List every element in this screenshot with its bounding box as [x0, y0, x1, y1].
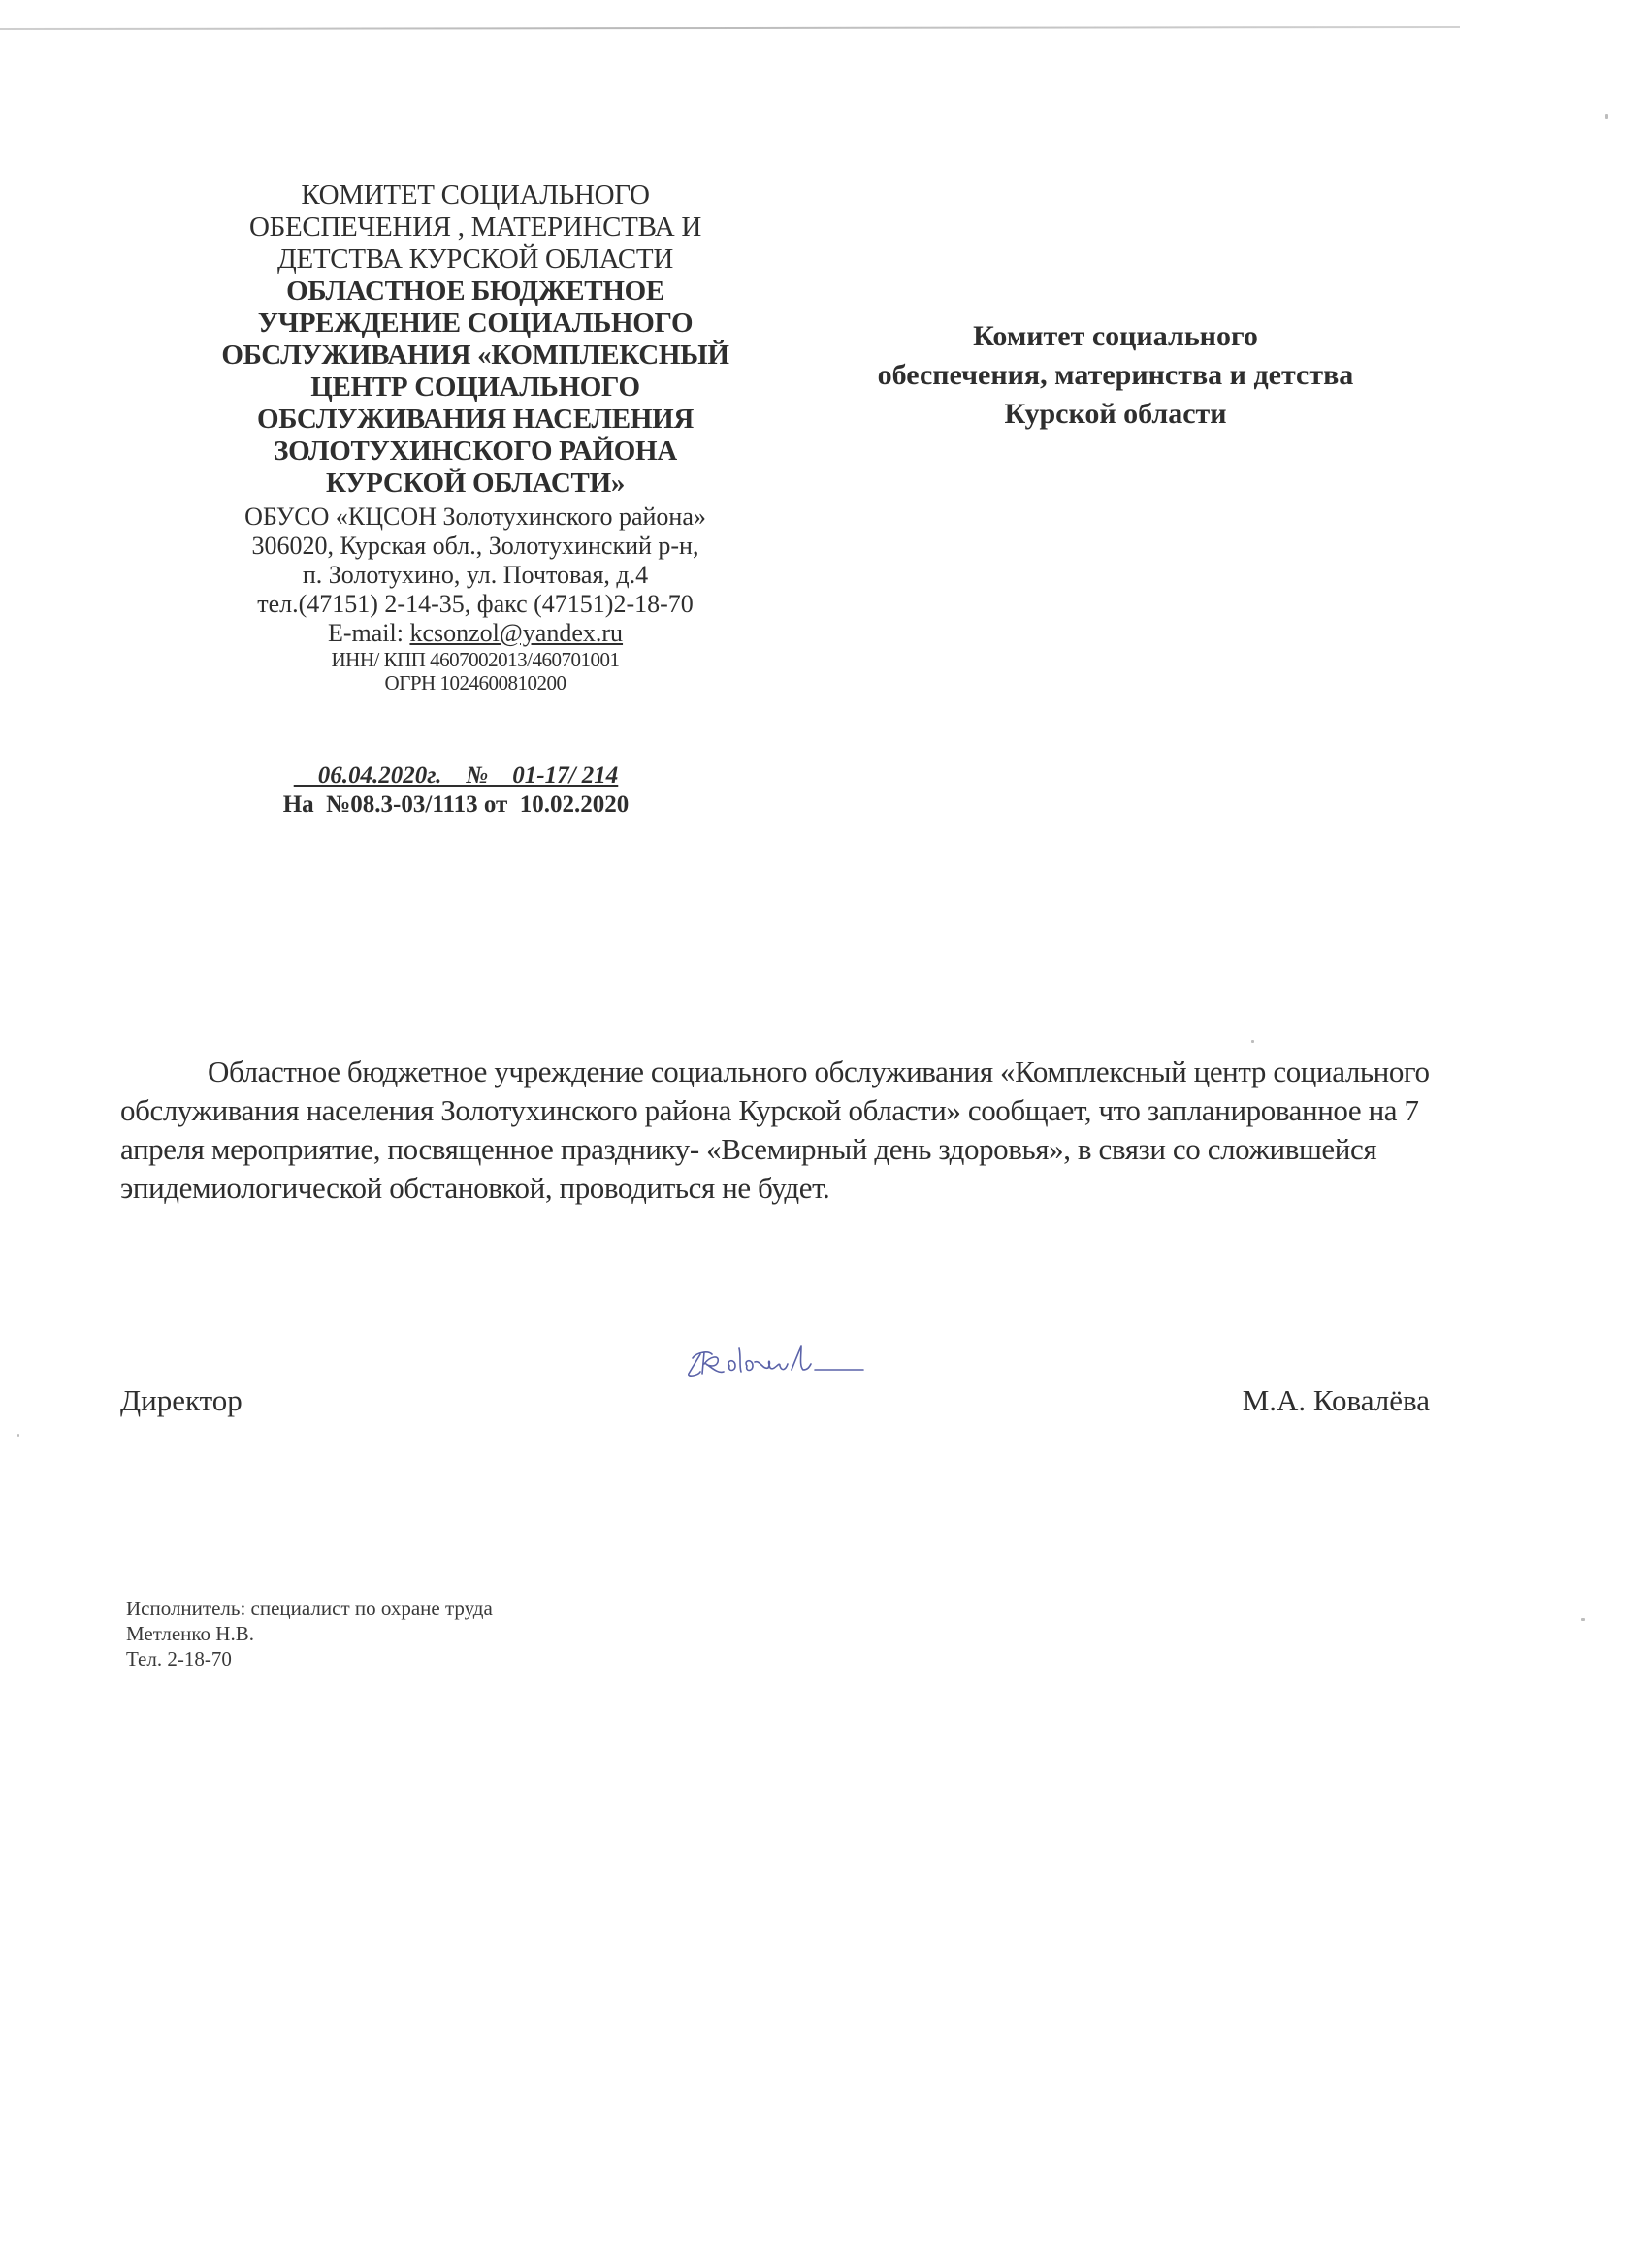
executor-phone: Тел. 2-18-70	[126, 1646, 493, 1671]
scan-edge-line	[0, 26, 1460, 30]
signatory-name: М.А. Ковалёва	[1243, 1381, 1430, 1420]
signature-block: Директор М.А. Ковалёва	[120, 1381, 1430, 1420]
organization-short-name: ОБУСО «КЦСОН Золотухинского района»	[175, 502, 776, 532]
executor-role: Исполнитель: специалист по охране труда	[126, 1596, 493, 1621]
registration-codes: ИНН/ КПП 4607002013/460701001 ОГРН 10246…	[175, 648, 776, 695]
handwritten-signature-icon	[679, 1331, 912, 1389]
ogrn: ОГРН 1024600810200	[175, 671, 776, 695]
address-line-2: п. Золотухино, ул. Почтовая, д.4	[175, 561, 776, 590]
signatory-position: Директор	[120, 1381, 242, 1420]
sender-letterhead: КОМИТЕТ СОЦИАЛЬНОГО ОБЕСПЕЧЕНИЯ , МАТЕРИ…	[175, 179, 776, 695]
executor-name: Метленко Н.В.	[126, 1621, 493, 1646]
email-label: E-mail:	[328, 619, 409, 647]
scan-speck	[17, 1434, 19, 1437]
body-paragraph: Областное бюджетное учреждение социально…	[120, 1053, 1439, 1208]
scan-speck	[1581, 1618, 1585, 1621]
letter-body: Областное бюджетное учреждение социально…	[120, 1053, 1439, 1208]
addressee: Комитет социального обеспечения, материн…	[815, 317, 1416, 434]
outgoing-date-number: 06.04.2020г. № 01-17/ 214	[294, 762, 619, 790]
address-line-1: 306020, Курская обл., Золотухинский р-н,	[175, 532, 776, 561]
scan-speck	[1605, 114, 1608, 119]
organization-full-name: ОБЛАСТНОЕ БЮДЖЕТНОЕ УЧРЕЖДЕНИЕ СОЦИАЛЬНО…	[175, 275, 776, 500]
parent-organization: КОМИТЕТ СОЦИАЛЬНОГО ОБЕСПЕЧЕНИЯ , МАТЕРИ…	[175, 179, 776, 275]
inn-kpp: ИНН/ КПП 4607002013/460701001	[175, 648, 776, 671]
email-link[interactable]: kcsonzol@yandex.ru	[409, 619, 623, 647]
reply-reference: На №08.3-03/1113 от 10.02.2020	[242, 792, 669, 819]
executor-info: Исполнитель: специалист по охране труда …	[126, 1596, 493, 1671]
scan-speck	[1251, 1040, 1254, 1043]
phone-fax: тел.(47151) 2-14-35, факс (47151)2-18-70	[175, 590, 776, 619]
email-row: E-mail: kcsonzol@yandex.ru	[175, 619, 776, 648]
outgoing-reference: 06.04.2020г. № 01-17/ 214 На №08.3-03/11…	[242, 762, 669, 819]
organization-contacts: ОБУСО «КЦСОН Золотухинского района» 3060…	[175, 502, 776, 648]
